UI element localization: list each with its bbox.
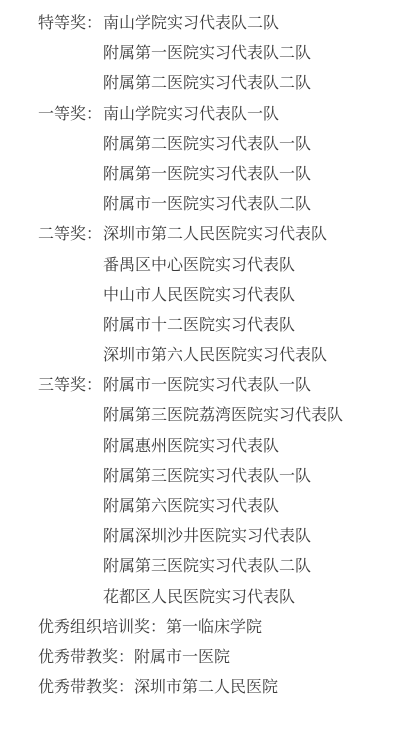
award-row: 花都区人民医院实习代表队 <box>0 582 407 612</box>
award-item: 附属惠州医院实习代表队 <box>103 431 279 461</box>
award-item: 南山学院实习代表队二队 <box>103 8 279 38</box>
special-award-value: 深圳市第二人民医院 <box>134 672 278 702</box>
award-row: 附属第一医院实习代表队一队 <box>0 159 407 189</box>
award-label: 一等奖： <box>38 99 103 129</box>
award-label: 特等奖： <box>38 8 103 38</box>
award-label: 二等奖： <box>38 219 103 249</box>
award-row: 附属惠州医院实习代表队 <box>0 431 407 461</box>
award-row: 附属第三医院实习代表队二队 <box>0 551 407 581</box>
award-item: 番禺区中心医院实习代表队 <box>103 250 295 280</box>
award-row: 深圳市第六人民医院实习代表队 <box>0 340 407 370</box>
special-award-row: 优秀组织培训奖： 第一临床学院 <box>38 612 407 642</box>
award-item: 附属第三医院实习代表队二队 <box>103 551 311 581</box>
special-award-row: 优秀带教奖： 附属市一医院 <box>38 642 407 672</box>
award-item: 附属第六医院实习代表队 <box>103 491 279 521</box>
award-list-document: 特等奖： 南山学院实习代表队二队 附属第一医院实习代表队二队 附属第二医院实习代… <box>0 0 407 702</box>
award-item: 附属第一医院实习代表队一队 <box>103 159 311 189</box>
special-award-row: 优秀带教奖： 深圳市第二人民医院 <box>38 672 407 702</box>
award-row: 附属深圳沙井医院实习代表队 <box>0 521 407 551</box>
special-award-label: 优秀带教奖： <box>38 642 134 672</box>
award-item: 附属市一医院实习代表队二队 <box>103 189 311 219</box>
award-item: 附属市一医院实习代表队一队 <box>103 370 311 400</box>
award-item: 花都区人民医院实习代表队 <box>103 582 295 612</box>
award-row: 附属第二医院实习代表队一队 <box>0 129 407 159</box>
award-item: 附属第三医院荔湾医院实习代表队 <box>103 400 343 430</box>
award-item: 附属第一医院实习代表队二队 <box>103 38 311 68</box>
award-row: 中山市人民医院实习代表队 <box>0 280 407 310</box>
special-award-value: 附属市一医院 <box>134 642 230 672</box>
special-award-value: 第一临床学院 <box>166 612 262 642</box>
award-row: 附属第六医院实习代表队 <box>0 491 407 521</box>
award-row: 三等奖： 附属市一医院实习代表队一队 <box>0 370 407 400</box>
award-row: 附属第三医院实习代表队一队 <box>0 461 407 491</box>
award-item: 南山学院实习代表队一队 <box>103 99 279 129</box>
award-item: 附属第二医院实习代表队一队 <box>103 129 311 159</box>
award-row: 特等奖： 南山学院实习代表队二队 <box>0 8 407 38</box>
award-row: 附属市十二医院实习代表队 <box>0 310 407 340</box>
award-row: 附属第三医院荔湾医院实习代表队 <box>0 400 407 430</box>
award-row: 二等奖： 深圳市第二人民医院实习代表队 <box>0 219 407 249</box>
award-row: 附属市一医院实习代表队二队 <box>0 189 407 219</box>
award-item: 附属第二医院实习代表队二队 <box>103 68 311 98</box>
special-award-label: 优秀组织培训奖： <box>38 612 166 642</box>
award-label: 三等奖： <box>38 370 103 400</box>
award-item: 深圳市第六人民医院实习代表队 <box>103 340 327 370</box>
award-item: 附属第三医院实习代表队一队 <box>103 461 311 491</box>
award-item: 深圳市第二人民医院实习代表队 <box>103 219 327 249</box>
award-row: 一等奖： 南山学院实习代表队一队 <box>0 99 407 129</box>
award-item: 附属市十二医院实习代表队 <box>103 310 295 340</box>
award-row: 附属第一医院实习代表队二队 <box>0 38 407 68</box>
award-row: 番禺区中心医院实习代表队 <box>0 250 407 280</box>
award-item: 附属深圳沙井医院实习代表队 <box>103 521 311 551</box>
award-item: 中山市人民医院实习代表队 <box>103 280 295 310</box>
special-award-label: 优秀带教奖： <box>38 672 134 702</box>
award-row: 附属第二医院实习代表队二队 <box>0 68 407 98</box>
